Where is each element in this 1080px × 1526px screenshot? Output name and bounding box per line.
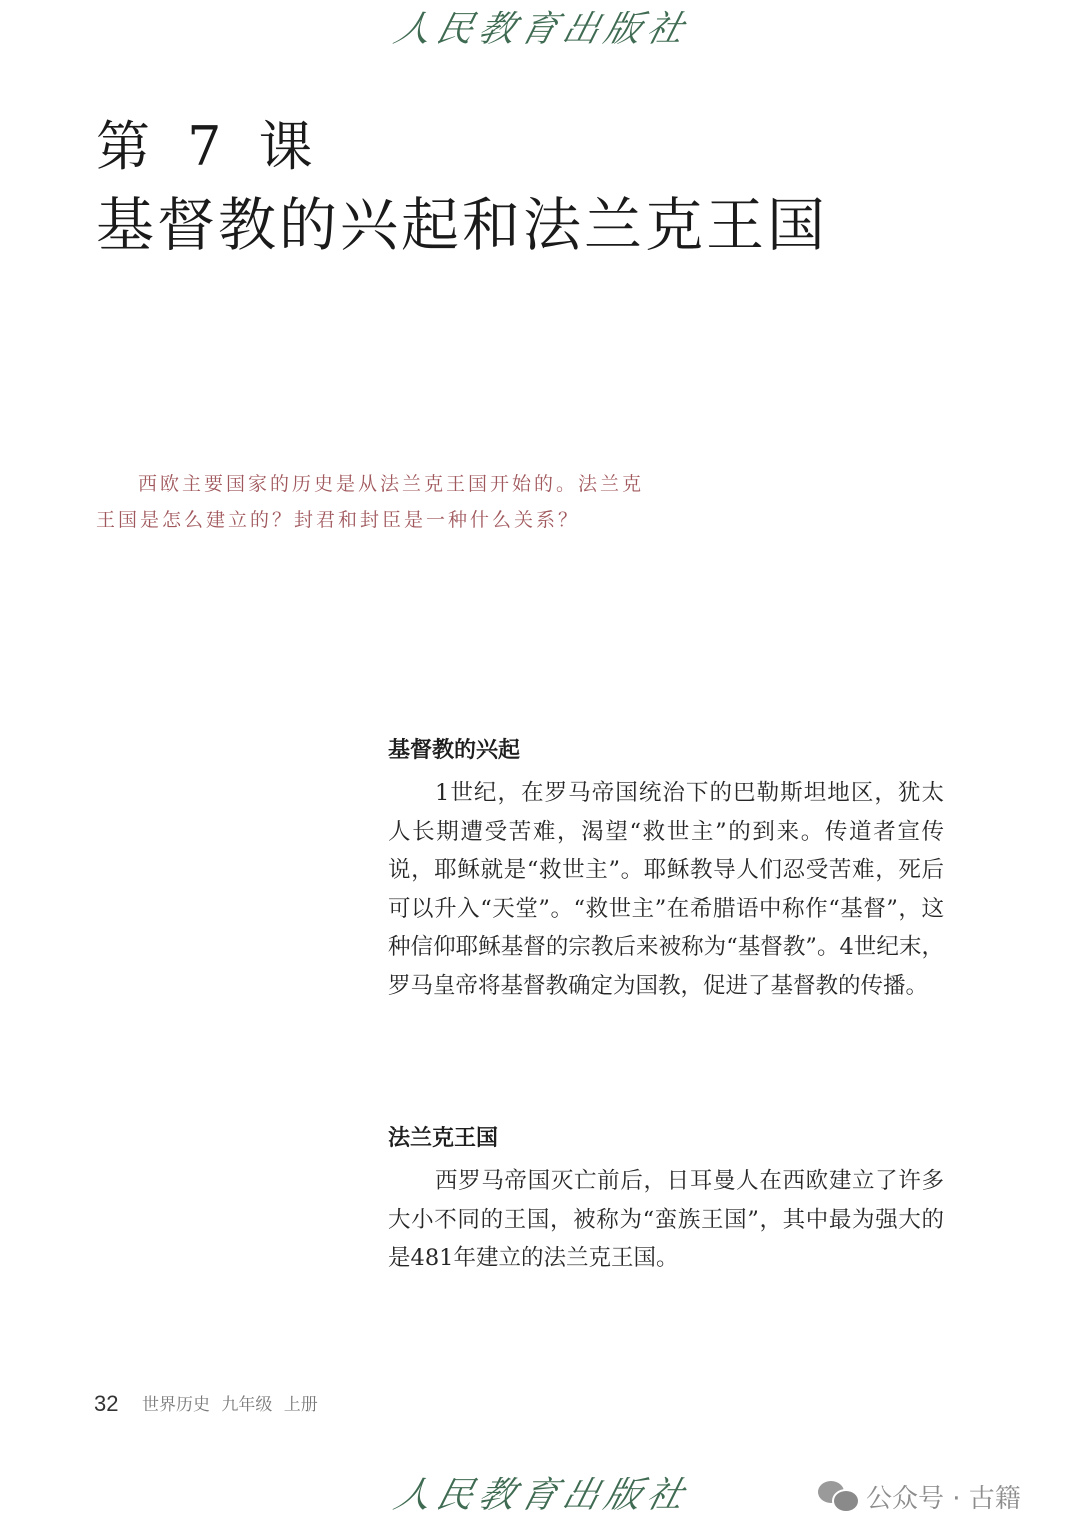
publisher-logo-bottom: 人民教育出版社 bbox=[390, 1474, 701, 1518]
section-heading: 法兰克王国 bbox=[388, 1124, 944, 1154]
publisher-logo-top: 人民教育出版社 bbox=[390, 8, 701, 52]
book-info: 世界历史 九年级 上册 bbox=[142, 1392, 318, 1418]
wechat-icon bbox=[818, 1479, 858, 1513]
section-heading: 基督教的兴起 bbox=[388, 736, 944, 766]
lesson-title: 基督教的兴起和法兰克王国 bbox=[96, 188, 828, 262]
watermark-text: 公众号 · 古籍 bbox=[866, 1478, 1021, 1515]
intro-question: 西欧主要国家的历史是从法兰克王国开始的。法兰克王国是怎么建立的？封君和封臣是一种… bbox=[96, 466, 656, 538]
page-number: 32 bbox=[94, 1390, 118, 1418]
section-rise-of-christianity: 基督教的兴起 1世纪，在罗马帝国统治下的巴勒斯坦地区，犹太人长期遭受苦难，渴望“… bbox=[388, 736, 944, 1005]
section-body: 西罗马帝国灭亡前后，日耳曼人在西欧建立了许多大小不同的王国，被称为“蛮族王国”，… bbox=[388, 1162, 944, 1278]
lesson-number: 第 7 课 bbox=[96, 112, 323, 182]
section-body: 1世纪，在罗马帝国统治下的巴勒斯坦地区，犹太人长期遭受苦难，渴望“救世主”的到来… bbox=[388, 774, 944, 1005]
watermark: 公众号 · 古籍 bbox=[818, 1474, 1021, 1518]
section-frankish-kingdom: 法兰克王国 西罗马帝国灭亡前后，日耳曼人在西欧建立了许多大小不同的王国，被称为“… bbox=[388, 1124, 944, 1278]
